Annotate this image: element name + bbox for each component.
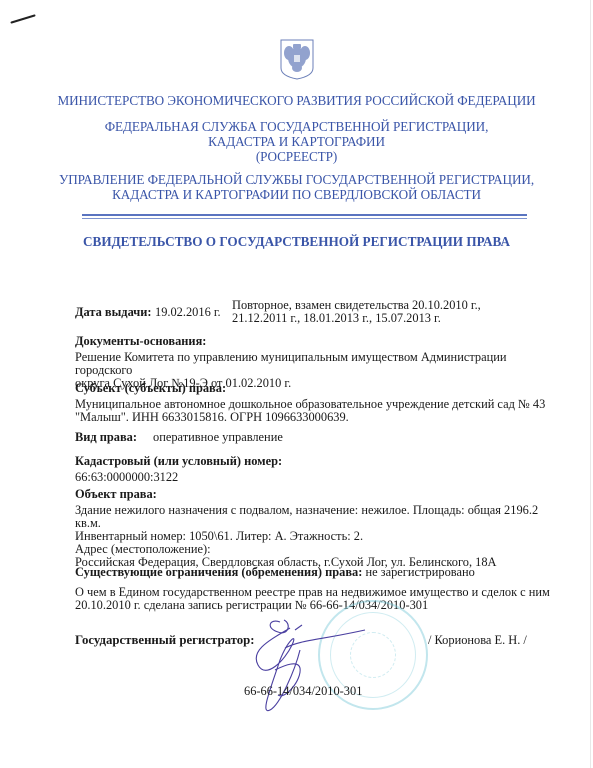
pen-mark: [10, 14, 35, 24]
issue-date-value: 19.02.2016 г.: [155, 306, 221, 319]
right-kind-label: Вид права:: [75, 430, 137, 444]
subject-section: Субъект (субъекты) права: Муниципальное …: [75, 382, 555, 424]
documents-label: Документы-основания:: [75, 335, 555, 348]
service-title-line: ФЕДЕРАЛЬНАЯ СЛУЖБА ГОСУДАРСТВЕННОЙ РЕГИС…: [0, 119, 593, 134]
header-divider: [82, 214, 527, 216]
service-title-line: КАДАСТРА И КАРТОГРАФИИ: [0, 134, 593, 149]
certificate-title: СВИДЕТЕЛЬСТВО О ГОСУДАРСТВЕННОЙ РЕГИСТРА…: [0, 234, 593, 250]
cadastral-label: Кадастровый (или условный) номер:: [75, 455, 555, 468]
registrar-name: / Корионова Е. Н. /: [428, 633, 527, 648]
issue-date-label: Дата выдачи:: [75, 306, 152, 319]
coat-of-arms-icon: [279, 38, 315, 80]
cadastral-value: 66:63:0000000:3122: [75, 471, 555, 484]
office-title-line: УПРАВЛЕНИЕ ФЕДЕРАЛЬНОЙ СЛУЖБЫ ГОСУДАРСТВ…: [0, 172, 593, 187]
subject-line: "Малыш". ИНН 6633015816. ОГРН 1096633000…: [75, 411, 555, 424]
registration-number: 66-66-14/034/2010-301: [244, 684, 362, 699]
cadastral-section: Кадастровый (или условный) номер: 66:63:…: [75, 455, 555, 484]
office-title-line: КАДАСТРА И КАРТОГРАФИИ ПО СВЕРДЛОВСКОЙ О…: [0, 187, 593, 202]
issue-note-line: 21.12.2011 г., 18.01.2013 г., 15.07.2013…: [232, 312, 552, 325]
object-section: Объект права: Здание нежилого назначения…: [75, 488, 555, 569]
documents-line: Решение Комитета по управлению муниципал…: [75, 351, 555, 377]
restrictions-label: Существующие ограничения (обременения) п…: [75, 565, 362, 579]
object-line: Здание нежилого назначения с подвалом, н…: [75, 504, 555, 530]
record-section: О чем в Едином государственном реестре п…: [75, 586, 555, 612]
issue-note: Повторное, взамен свидетельства 20.10.20…: [232, 299, 552, 325]
header-divider-thin: [82, 218, 527, 219]
restrictions-value: не зарегистрировано: [365, 565, 474, 579]
registrar-label: Государственный регистратор:: [75, 633, 255, 648]
service-title: ФЕДЕРАЛЬНАЯ СЛУЖБА ГОСУДАРСТВЕННОЙ РЕГИС…: [0, 119, 593, 164]
restrictions-section: Существующие ограничения (обременения) п…: [75, 566, 555, 579]
office-title: УПРАВЛЕНИЕ ФЕДЕРАЛЬНОЙ СЛУЖБЫ ГОСУДАРСТВ…: [0, 172, 593, 202]
signature-icon: [240, 610, 380, 720]
object-label: Объект права:: [75, 488, 555, 501]
service-title-line: (РОСРЕЕСТР): [0, 149, 593, 164]
right-kind-value: оперативное управление: [153, 431, 283, 444]
subject-label: Субъект (субъекты) права:: [75, 382, 555, 395]
ministry-title: МИНИСТЕРСТВО ЭКОНОМИЧЕСКОГО РАЗВИТИЯ РОС…: [0, 93, 593, 108]
right-kind-section: Вид права: оперативное управление: [75, 431, 555, 444]
scan-edge: [590, 0, 591, 768]
